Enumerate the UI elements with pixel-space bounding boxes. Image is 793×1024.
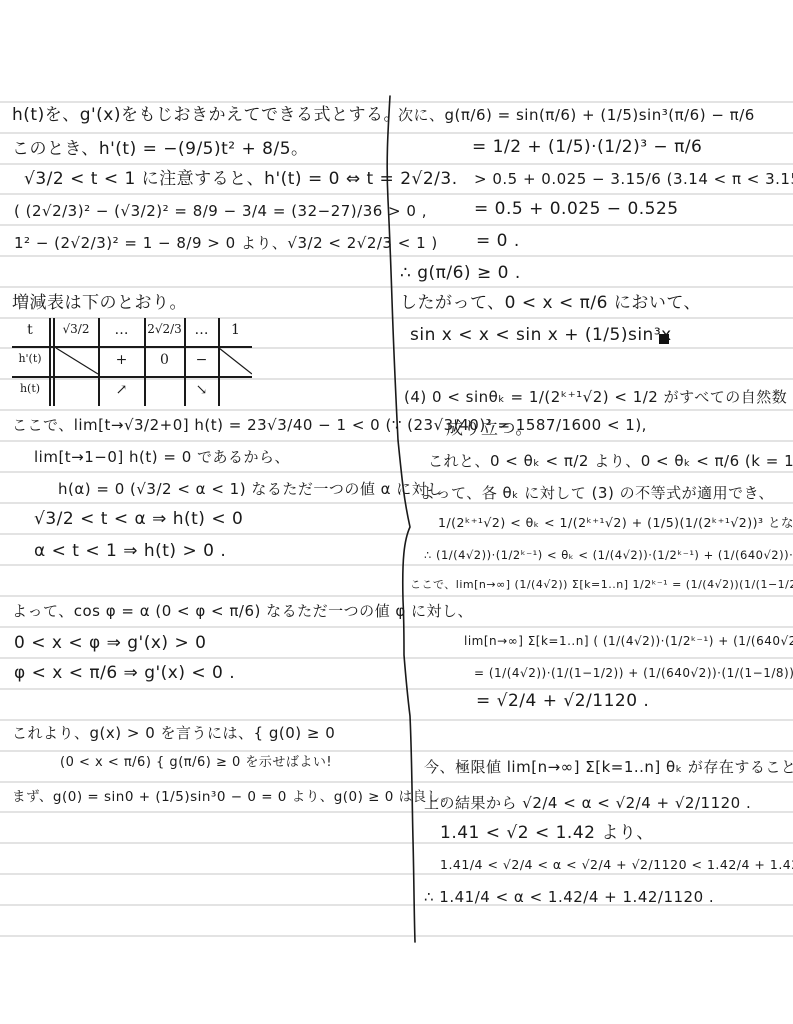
right-line-21: 1.41 < √2 < 1.42 より、 [440, 822, 654, 844]
right-line-1: 次に、g(π/6) = sin(π/6) + (1/5)sin³(π/6) − … [398, 104, 755, 126]
ruled-line [0, 255, 793, 257]
right-line-6: ∴ g(π/6) ≥ 0 . [400, 262, 521, 284]
left-line-limit-2: lim[t→1−0] h(t) = 0 であるから、 [34, 446, 290, 468]
left-line-4: ( (2√2/3)² − (√3/2)² = 8/9 − 3/4 = (32−2… [14, 200, 427, 222]
ruled-line [0, 842, 793, 844]
ruled-line [0, 935, 793, 937]
right-line-18: = √2/4 + √2/1120 . [476, 690, 649, 712]
ruled-line [0, 101, 793, 103]
left-line-gprime-neg: φ < x < π/6 ⇒ g'(x) < 0 . [14, 662, 235, 684]
right-line-11: これと、0 < θₖ < π/2 より、0 < θₖ < π/6 (k = 1,… [428, 450, 793, 472]
right-line-19: 今、極限値 lim[n→∞] Σ[k=1..n] θₖ が存在することとして、 [424, 756, 793, 778]
ruled-line [0, 657, 793, 659]
left-line-3: √3/2 < t < 1 に注意すると、h'(t) = 0 ⇔ t = 2√2/… [24, 168, 458, 190]
ruled-line [0, 163, 793, 165]
right-line-16: lim[n→∞] Σ[k=1..n] ( (1/(4√2))·(1/2ᵏ⁻¹) … [464, 630, 793, 652]
right-line-9: (4) 0 < sinθₖ = 1/(2ᵏ⁺¹√2) < 1/2 がすべての自然… [404, 386, 793, 408]
ruled-line [0, 626, 793, 628]
right-line-5: = 0 . [476, 230, 520, 252]
right-line-7: したがって、0 < x < π/6 において、 [400, 292, 701, 314]
left-line-phi-def: よって、cos φ = α (0 < φ < π/6) なるただ一つの値 φ に… [12, 600, 473, 622]
right-line-4: = 0.5 + 0.025 − 0.525 [474, 198, 679, 220]
ruled-line [0, 193, 793, 195]
ruled-line [0, 409, 793, 411]
table-slash-marks [12, 318, 252, 406]
right-line-10: 成り立つ。 [446, 418, 533, 440]
notebook-page: h(t)を、g'(x)をもじおきかえてできる式とする。 このとき、h'(t) =… [0, 0, 793, 1024]
ruled-line [0, 781, 793, 783]
right-line-20: 上の結果から √2/4 < α < √2/4 + √2/1120 . [424, 792, 751, 814]
left-line-table-heading: 増減表は下のとおり。 [12, 292, 187, 314]
ruled-line [0, 440, 793, 442]
left-line-limit-1: ここで、lim[t→√3/2+0] h(t) = 23√3/40 − 1 < 0… [12, 414, 647, 436]
right-line-3: > 0.5 + 0.025 − 3.15/6 (3.14 < π < 3.15) [474, 168, 793, 190]
qed-mark [659, 334, 669, 344]
right-line-12: よって、各 θₖ に対して (3) の不等式が適用でき、 [420, 482, 774, 504]
right-line-22: 1.41/4 < √2/4 < α < √2/4 + √2/1120 < 1.4… [440, 854, 793, 876]
left-line-gprime-pos: 0 < x < φ ⇒ g'(x) > 0 [14, 632, 206, 654]
right-line-2: = 1/2 + (1/5)·(1/2)³ − π/6 [472, 136, 702, 158]
ruled-line [0, 688, 793, 690]
ruled-line [0, 224, 793, 226]
variation-table: t h'(t) h(t) √3/2 … 2√2/3 … 1 + 0 − ↗ ↘ [12, 318, 252, 406]
left-line-ineq-1: √3/2 < t < α ⇒ h(t) < 0 [34, 508, 243, 530]
left-line-alpha-def: h(α) = 0 (√3/2 < α < 1) なるただ一つの値 α に対し [58, 478, 443, 500]
right-line-13: 1/(2ᵏ⁺¹√2) < θₖ < 1/(2ᵏ⁺¹√2) + (1/5)(1/(… [438, 512, 793, 534]
left-line-2: このとき、h'(t) = −(9/5)t² + 8/5。 [12, 138, 309, 160]
ruled-line [0, 286, 793, 288]
right-line-8: sin x < x < sin x + (1/5)sin³x [410, 324, 672, 346]
left-line-1: h(t)を、g'(x)をもじおきかえてできる式とする。 [12, 104, 401, 126]
left-line-condition-1: これより、g(x) > 0 を言うには、{ g(0) ≥ 0 [12, 722, 335, 744]
right-line-14: ∴ (1/(4√2))·(1/2ᵏ⁻¹) < θₖ < (1/(4√2))·(1… [424, 544, 793, 566]
left-line-g0: まず、g(0) = sin0 + (1/5)sin³0 − 0 = 0 より、g… [12, 786, 455, 808]
ruled-line [0, 719, 793, 721]
right-line-23: ∴ 1.41/4 < α < 1.42/4 + 1.42/1120 . [424, 886, 714, 908]
right-line-15: ここで、lim[n→∞] (1/(4√2)) Σ[k=1..n] 1/2ᵏ⁻¹ … [410, 574, 793, 596]
ruled-line [0, 132, 793, 134]
left-line-ineq-2: α < t < 1 ⇒ h(t) > 0 . [34, 540, 226, 562]
right-line-17: = (1/(4√2))·(1/(1−1/2)) + (1/(640√2))·(1… [474, 662, 793, 684]
left-line-5: 1² − (2√2/3)² = 1 − 8/9 > 0 より、√3/2 < 2√… [14, 232, 438, 254]
left-line-condition-2: (0 < x < π/6) { g(π/6) ≥ 0 を示せばよい! [60, 752, 332, 774]
